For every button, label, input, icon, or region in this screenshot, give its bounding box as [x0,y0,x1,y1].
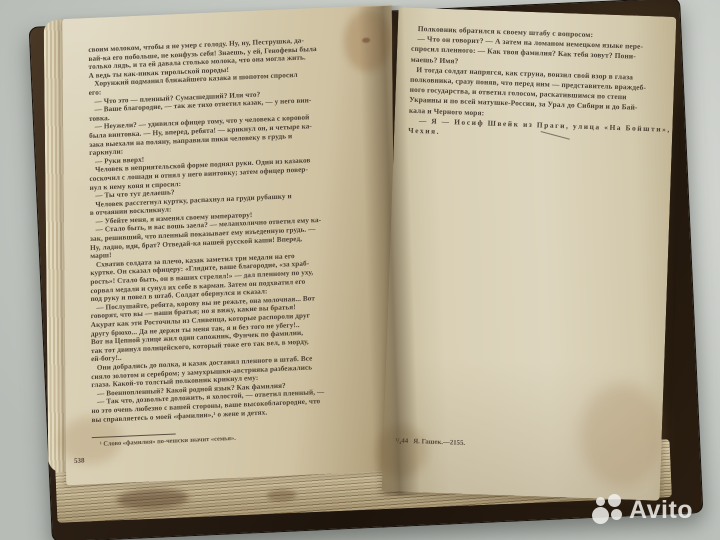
avito-watermark: Avito [592,494,693,527]
stack-stain [266,489,296,502]
printer-signature-line: ¹/₄44 Я. Гашек.—2155. [395,437,465,446]
stack-stain [116,487,189,510]
page-number: 538 [74,457,85,465]
page-stain [578,382,666,489]
photo-background: своим молоком, чтобы я не умер с голоду.… [0,0,720,540]
right-page: Полковник обратился к своему штабу с воп… [382,7,677,500]
left-page: своим молоком, чтобы я не умер с голоду.… [62,5,396,486]
avito-logo-icon [592,494,626,527]
avito-wordmark: Avito [629,496,693,525]
left-page-text: своим молоком, чтобы я не умер с голоду.… [88,33,379,424]
right-page-text: Полковник обратился к своему штабу с воп… [409,24,666,125]
